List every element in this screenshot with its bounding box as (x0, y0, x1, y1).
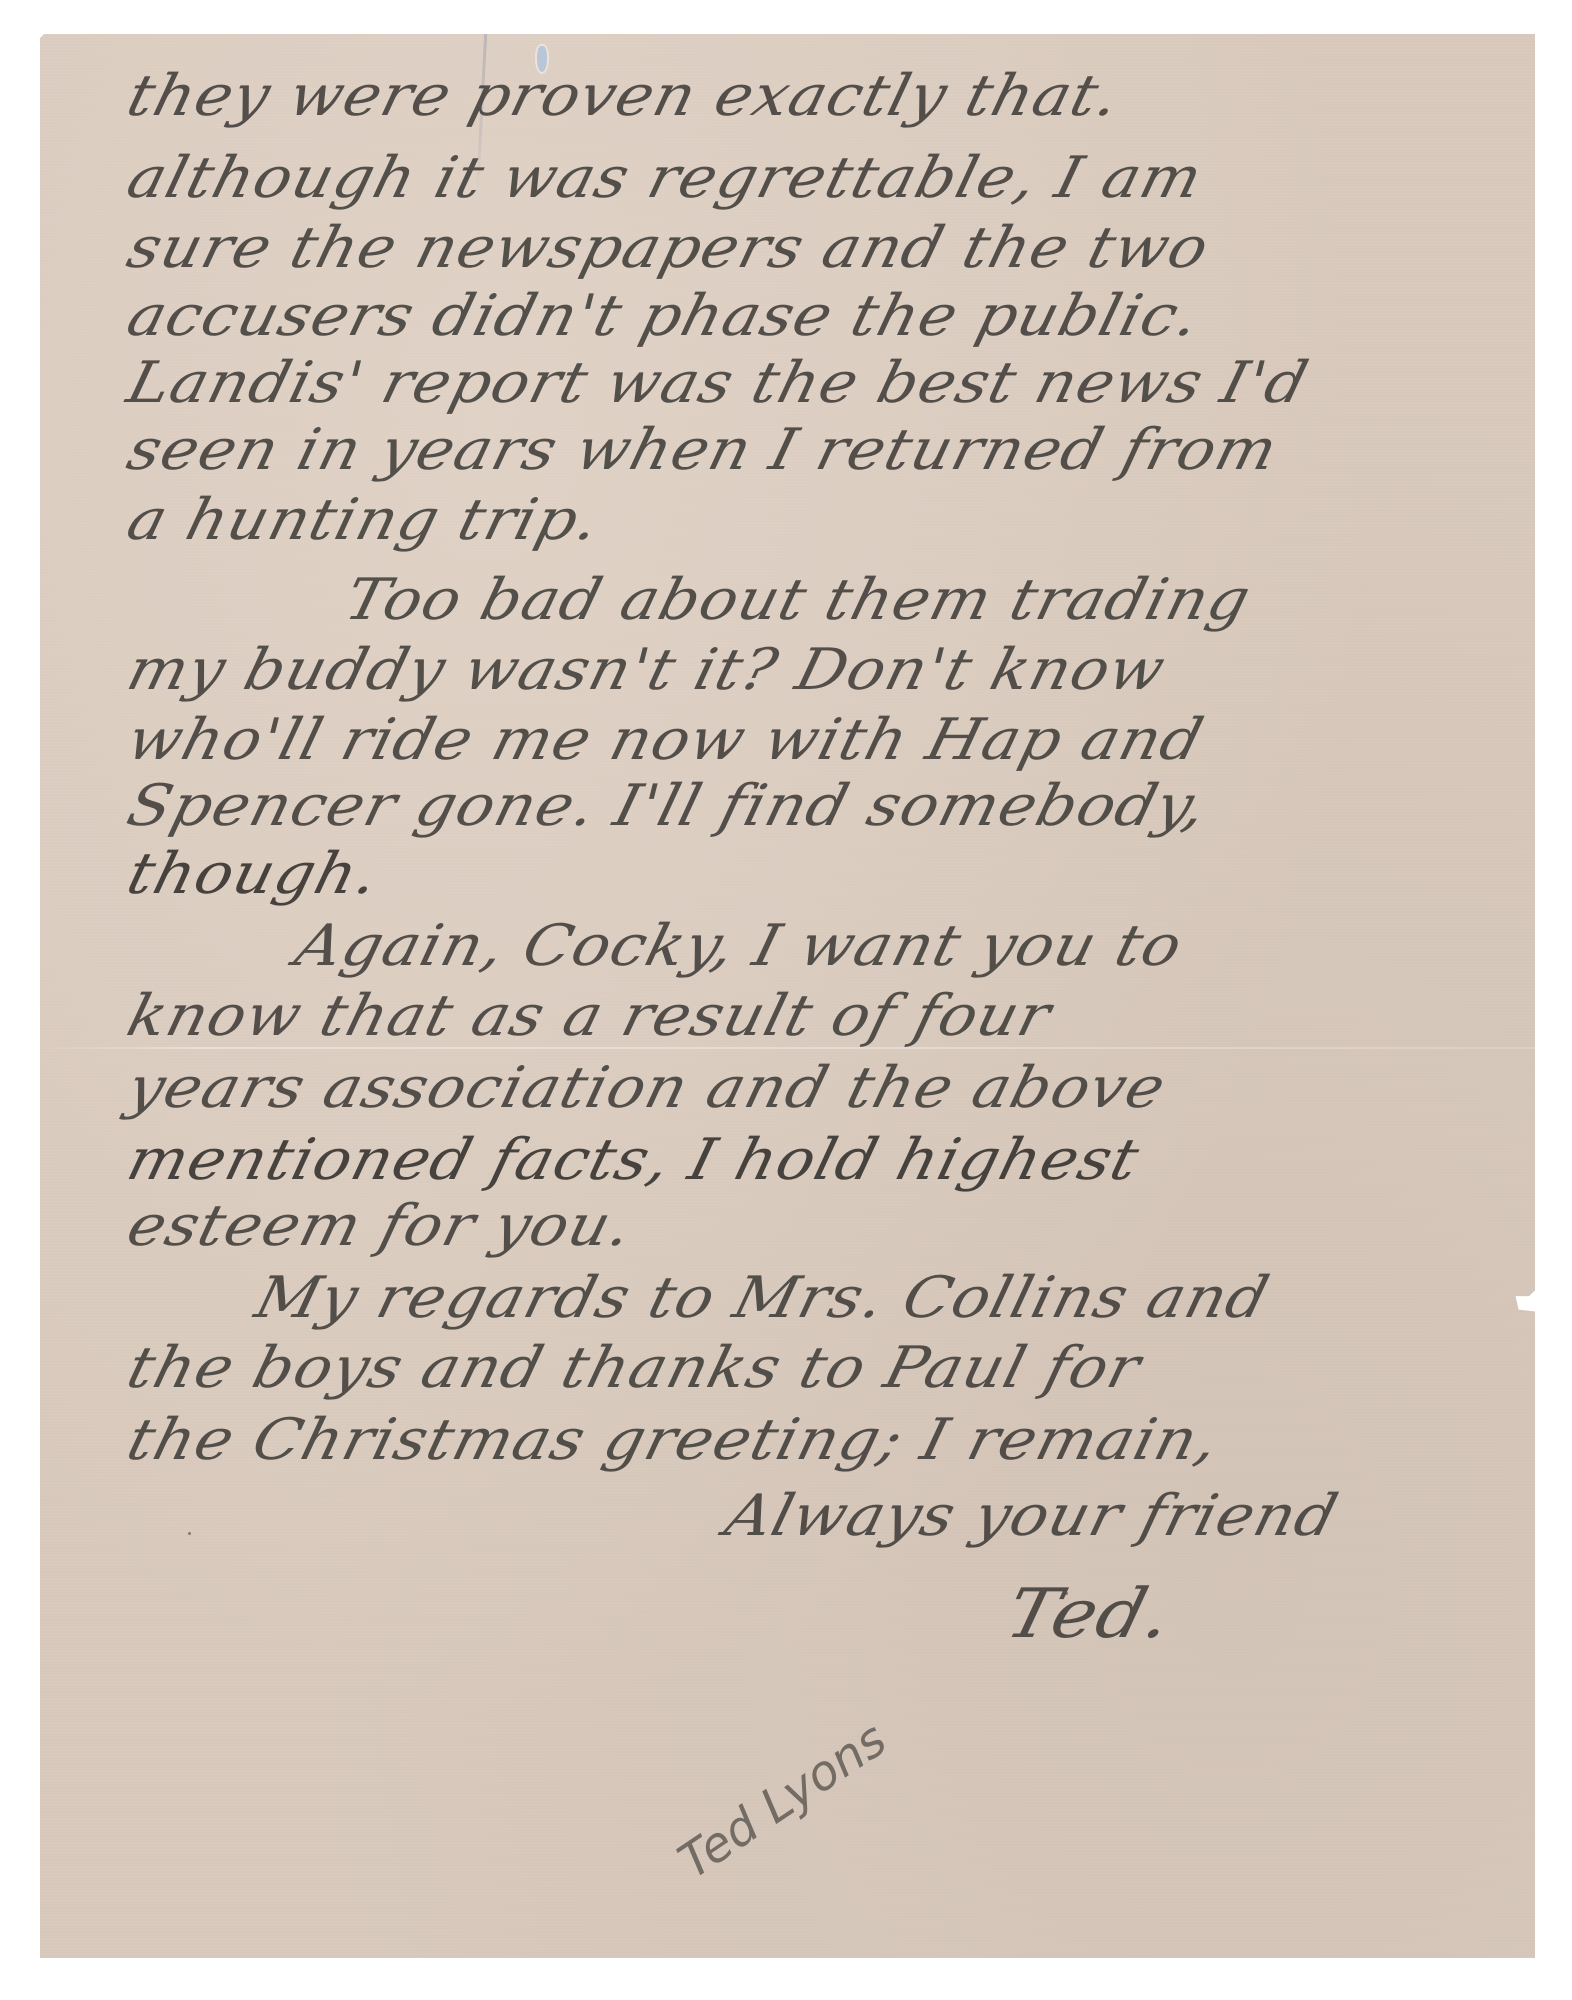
letter-signature: Ted. (1000, 1580, 1179, 1648)
letter-line-6: seen in years when I returned from (122, 421, 1283, 478)
letter-line-17: esteem for you. (122, 1197, 638, 1254)
letter-line-20: the Christmas greeting; I remain, (122, 1411, 1225, 1468)
letter-line-8: Too bad about them trading (340, 571, 1256, 628)
letter-closing: Always your friend (720, 1487, 1344, 1544)
letter-line-15: years association and the above (122, 1059, 1171, 1116)
letter-line-7: a hunting trip. (122, 491, 606, 548)
letter-line-10: who'll ride me now with Hap and (122, 711, 1209, 768)
letter-line-3: sure the newspapers and the two (122, 219, 1215, 276)
ink-speck (188, 1532, 191, 1535)
letter-line-2: although it was regrettable, I am (122, 149, 1208, 206)
letter-line-4: accusers didn't phase the public. (122, 287, 1205, 344)
letter-line-19: the boys and thanks to Paul for (122, 1339, 1146, 1396)
letter-line-18: My regards to Mrs. Collins and (250, 1269, 1275, 1326)
letter-line-1: they were proven exactly that. (122, 67, 1126, 124)
ink-speck (1065, 1592, 1068, 1595)
letter-line-13: Again, Cocky, I want you to (290, 917, 1188, 974)
letter-line-16: mentioned facts, I hold highest (122, 1131, 1145, 1188)
letter-line-14: know that as a result of four (122, 987, 1057, 1044)
letter-line-11: Spencer gone. I'll find somebody, (122, 777, 1213, 834)
letter-paper: they were proven exactly that. although … (40, 34, 1535, 1958)
letter-line-12: though. (122, 845, 385, 902)
pencil-annotation: Ted Lyons (669, 1711, 897, 1890)
letter-line-9: my buddy wasn't it? Don't know (122, 641, 1171, 698)
letter-line-5: Landis' report was the best news I'd (122, 354, 1314, 411)
